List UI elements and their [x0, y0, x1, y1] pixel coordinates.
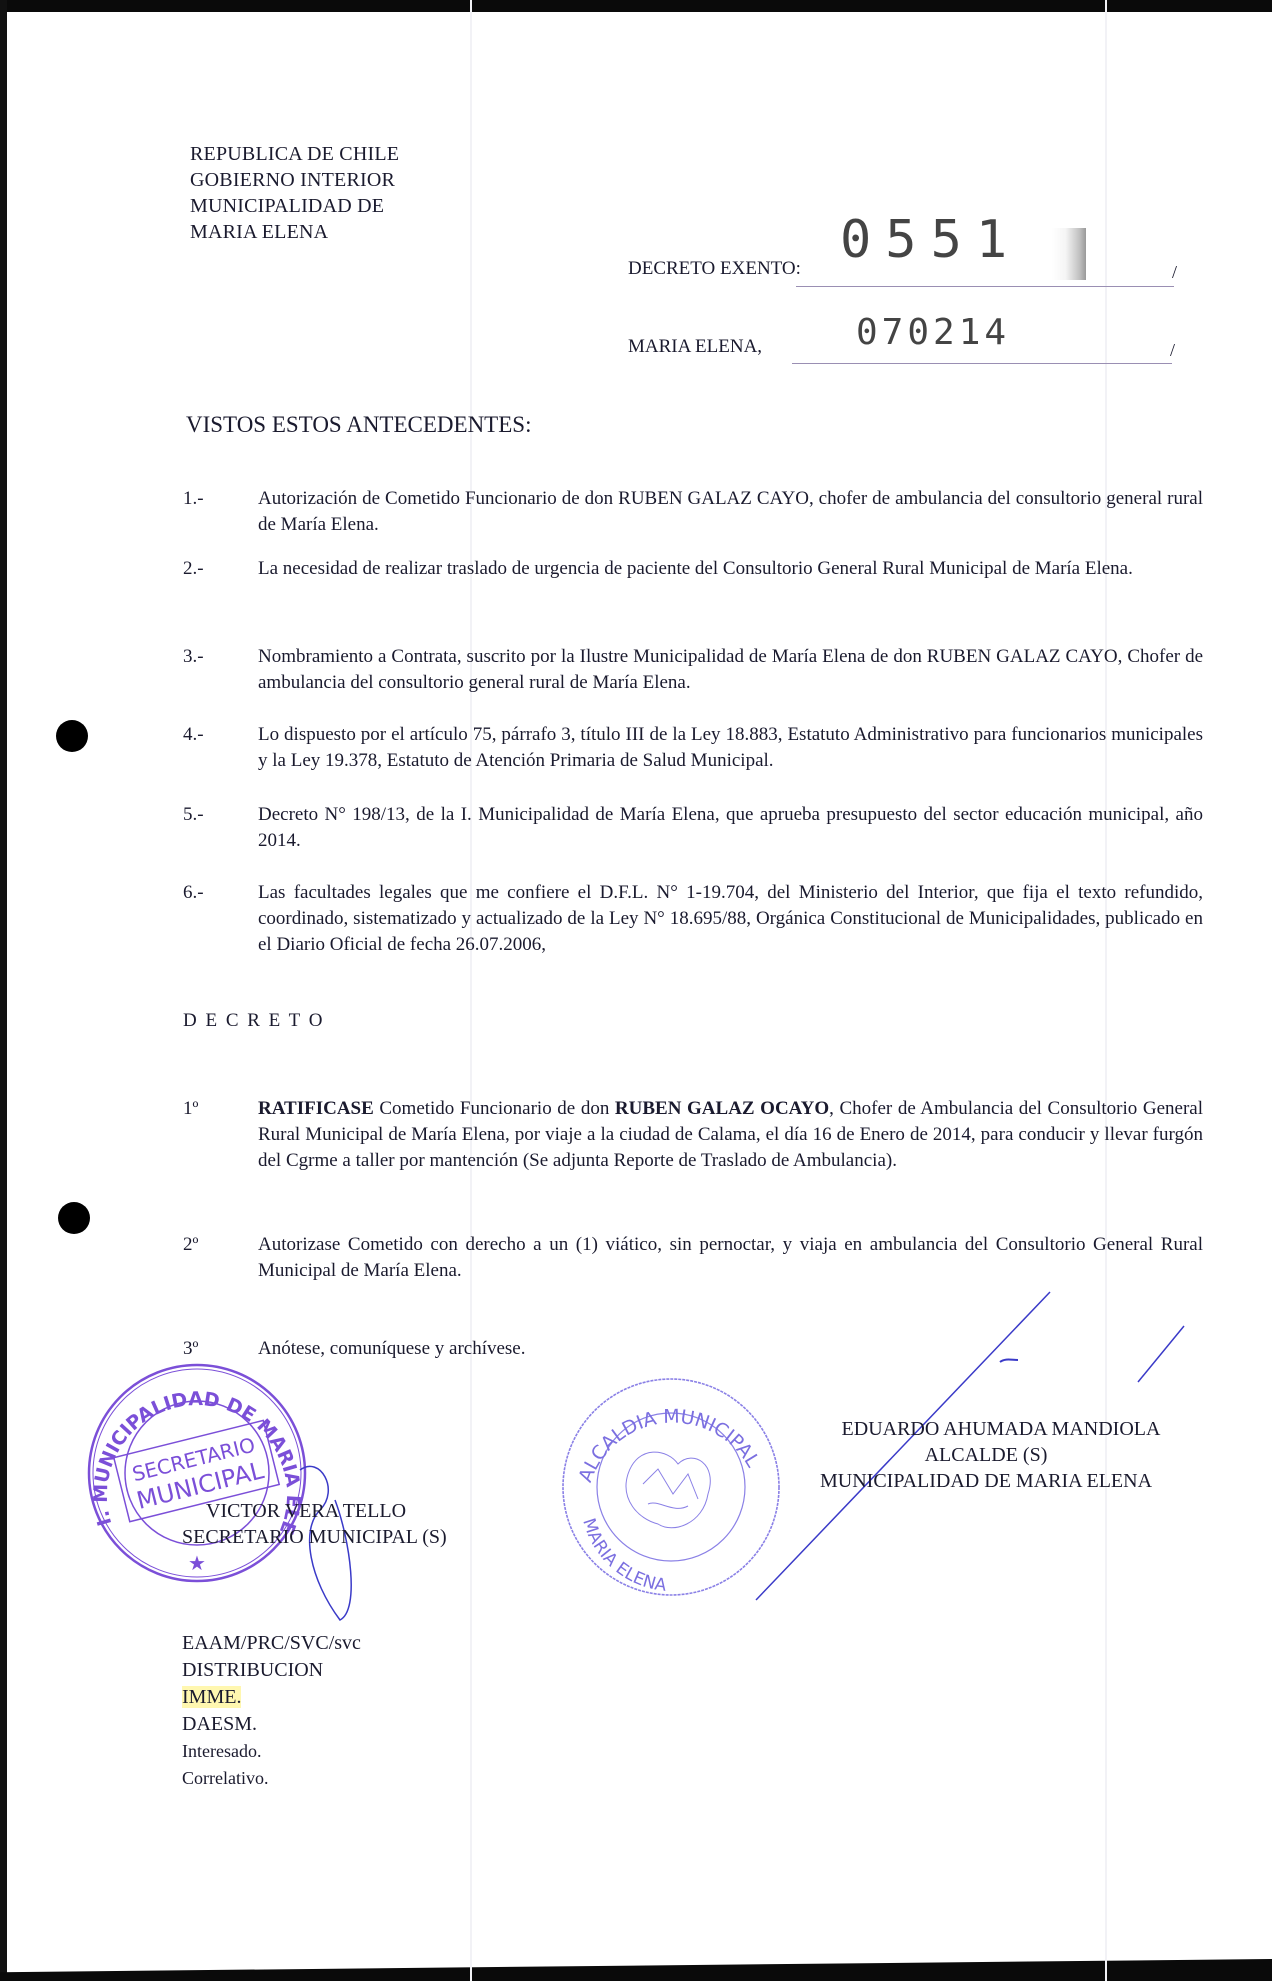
antecedent-item: 3.- Nombramiento a Contrata, suscrito po…: [183, 644, 1203, 696]
letterhead-line: MARIA ELENA: [190, 219, 399, 245]
decree-number-underline: [796, 286, 1174, 287]
decree-item: 2º Autorizase Cometido con derecho a un …: [183, 1232, 1203, 1284]
decree-number-value: 0551: [840, 210, 1021, 270]
item-number: 1.-: [183, 486, 204, 512]
ratificase-keyword: RATIFICASE: [258, 1098, 374, 1119]
item-text: Autorizase Cometido con derecho a un (1)…: [258, 1232, 1203, 1284]
punch-hole: [58, 1202, 90, 1234]
item-text: Lo dispuesto por el artículo 75, párrafo…: [258, 722, 1203, 774]
mayor-title: ALCALDE (S): [786, 1442, 1186, 1468]
decree-title: D E C R E T O: [183, 1010, 324, 1032]
secretary-stamp: I. MUNICIPALIDAD DE MARIA ELENA SECRETAR…: [84, 1360, 310, 1586]
item-number: 2.-: [183, 556, 204, 582]
antecedent-item: 2.- La necesidad de realizar traslado de…: [183, 556, 1203, 582]
stamp-bottom-text: MARIA ELENA: [578, 1516, 668, 1596]
letterhead: REPUBLICA DE CHILE GOBIERNO INTERIOR MUN…: [190, 141, 399, 245]
item-text: Nombramiento a Contrata, suscrito por la…: [258, 644, 1203, 696]
mayor-name: EDUARDO AHUMADA MANDIOLA: [786, 1416, 1186, 1442]
item-text: RATIFICASE Cometido Funcionario de don R…: [258, 1096, 1203, 1174]
employee-name: RUBEN GALAZ OCAYO: [615, 1098, 829, 1119]
recipient: Correlativo.: [182, 1765, 361, 1792]
decree-number-slash: /: [1172, 262, 1177, 283]
item-number: 6.-: [183, 880, 204, 906]
secretary-name: VICTOR VERA TELLO: [182, 1498, 447, 1524]
antecedent-item: 5.- Decreto N° 198/13, de la I. Municipa…: [183, 802, 1203, 854]
text-fragment: Cometido Funcionario de don: [374, 1098, 615, 1119]
date-underline: [792, 363, 1172, 364]
letterhead-line: MUNICIPALIDAD DE: [190, 193, 399, 219]
date-value: 070214: [856, 312, 1010, 353]
letterhead-line: REPUBLICA DE CHILE: [190, 141, 399, 167]
distribution-title: DISTRIBUCION: [182, 1657, 361, 1684]
secretary-title: SECRETARIO MUNICIPAL (S): [182, 1524, 447, 1550]
mayor-org: MUNICIPALIDAD DE MARIA ELENA: [786, 1468, 1186, 1494]
recipient: IMME.: [182, 1686, 241, 1708]
item-number: 1º: [183, 1096, 198, 1122]
decree-number-label: DECRETO EXENTO:: [628, 258, 801, 280]
item-text: Autorización de Cometido Funcionario de …: [258, 486, 1203, 538]
star-icon: ★: [188, 1553, 206, 1575]
secretary-signature-block: VICTOR VERA TELLO SECRETARIO MUNICIPAL (…: [182, 1498, 447, 1550]
mayor-signature-block: EDUARDO AHUMADA MANDIOLA ALCALDE (S) MUN…: [786, 1416, 1186, 1494]
item-number: 3.-: [183, 644, 204, 670]
punch-hole: [56, 720, 88, 752]
fold-line: [1105, 0, 1107, 1981]
stamp-top-text: ALCALDIA MUNICIPAL: [574, 1406, 764, 1486]
recipient: Interesado.: [182, 1738, 361, 1765]
antecedent-item: 1.- Autorización de Cometido Funcionario…: [183, 486, 1203, 538]
item-number: 3º: [183, 1336, 198, 1362]
fold-line: [470, 0, 472, 1981]
initials: EAAM/PRC/SVC/svc: [182, 1630, 361, 1657]
item-text: Decreto N° 198/13, de la I. Municipalida…: [258, 802, 1203, 854]
scan-border-top: [0, 0, 1272, 12]
coat-of-arms-icon: [626, 1452, 710, 1528]
item-number: 2º: [183, 1232, 198, 1258]
item-number: 4.-: [183, 722, 204, 748]
item-number: 5.-: [183, 802, 204, 828]
place-date-label: MARIA ELENA,: [628, 336, 762, 358]
antecedent-item: 4.- Lo dispuesto por el artículo 75, pár…: [183, 722, 1203, 774]
item-text: Las facultades legales que me confiere e…: [258, 880, 1203, 958]
recipient: DAESM.: [182, 1711, 361, 1738]
item-text: La necesidad de realizar traslado de urg…: [258, 556, 1203, 582]
distribution-block: EAAM/PRC/SVC/svc DISTRIBUCION IMME. DAES…: [182, 1630, 361, 1792]
scan-border-left: [0, 0, 7, 1981]
scan-border-bottom: [0, 1959, 1272, 1981]
antecedents-title: VISTOS ESTOS ANTECEDENTES:: [186, 412, 531, 438]
decree-item: 1º RATIFICASE Cometido Funcionario de do…: [183, 1096, 1203, 1174]
date-slash: /: [1170, 340, 1175, 361]
antecedent-item: 6.- Las facultades legales que me confie…: [183, 880, 1203, 958]
stamp-smudge: [1052, 228, 1086, 280]
letterhead-line: GOBIERNO INTERIOR: [190, 167, 399, 193]
